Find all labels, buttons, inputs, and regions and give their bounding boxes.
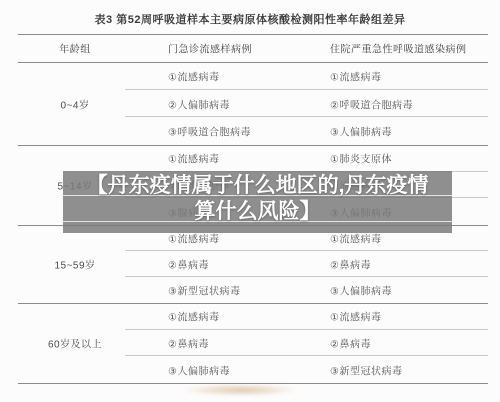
pathogen-cell: ②鼻病毒 — [168, 257, 209, 272]
age-group-label: 15~59岁 — [30, 257, 120, 272]
watermark-text-line1: 【丹东疫情属于什么地区的,丹东疫情 — [87, 173, 429, 199]
table-row: ①流感病毒 ①流感病毒 — [0, 62, 500, 90]
watermark-text-line2: 算什么风险】 — [195, 199, 321, 225]
pathogen-cell: ①流感病毒 — [168, 309, 219, 324]
pathogen-cell: ①流感病毒 — [330, 68, 381, 83]
watermark-overlay: 【丹东疫情属于什么地区的,丹东疫情 算什么风险】 — [63, 171, 452, 233]
header-outpatient-ili: 门急诊流感样病例 — [168, 41, 252, 56]
pathogen-cell: ②呼吸道合胞病毒 — [330, 96, 413, 111]
pathogen-cell: ②鼻病毒 — [168, 336, 209, 351]
table-title: 表3 第52周呼吸道样本主要病原体核酸检测阳性率年龄组差异 — [0, 11, 500, 27]
header-age-group: 年龄组 — [30, 41, 120, 56]
pathogen-cell: ②人偏肺病毒 — [168, 96, 230, 111]
pathogen-cell: ②鼻病毒 — [330, 336, 371, 351]
age-section-0-4: 0~4岁 ①流感病毒 ①流感病毒 ②人偏肺病毒 ②呼吸道合胞病毒 ③呼吸道合胞病… — [0, 62, 500, 145]
pathogen-cell: ③新型冠状病毒 — [330, 362, 402, 377]
watermark-text: 【丹东疫情属于什么地区的,丹东疫情 算什么风险】 — [63, 171, 452, 233]
age-section-60-plus: 60岁及以上 ①流感病毒 ①流感病毒 ②鼻病毒 ②鼻病毒 ③人偏肺病毒 ③新型冠… — [0, 303, 500, 383]
pathogen-cell: ③人偏肺病毒 — [330, 124, 392, 139]
pathogen-cell: ①流感病毒 — [168, 151, 219, 166]
age-group-label: 0~4岁 — [30, 96, 120, 111]
pathogen-cell: ③人偏肺病毒 — [330, 283, 392, 298]
pathogen-cell: ①流感病毒 — [168, 68, 219, 83]
table-row: ①流感病毒 ①肺炎支原体 — [0, 145, 500, 172]
table-screenshot: 表3 第52周呼吸道样本主要病原体核酸检测阳性率年龄组差异 年龄组 门急诊流感样… — [0, 0, 500, 402]
age-section-15-59: 15~59岁 ①流感病毒 ①流感病毒 ②鼻病毒 ②鼻病毒 ③新型冠状病毒 ③人偏… — [0, 225, 500, 303]
table-row: ③呼吸道合胞病毒 ③人偏肺病毒 — [0, 117, 500, 145]
pathogen-cell: ③新型冠状病毒 — [168, 283, 240, 298]
table-row: ③新型冠状病毒 ③人偏肺病毒 — [0, 277, 500, 303]
pathogen-cell: ①肺炎支原体 — [330, 151, 392, 166]
bottom-smudge-artifact — [183, 384, 298, 396]
pathogen-cell: ③呼吸道合胞病毒 — [168, 124, 251, 139]
header-inpatient-sari: 住院严重急性呼吸道感染病例 — [330, 41, 467, 56]
table-row: ③人偏肺病毒 ③新型冠状病毒 — [0, 356, 500, 383]
table-row: ①流感病毒 ①流感病毒 — [0, 303, 500, 330]
age-group-label: 60岁及以上 — [30, 336, 120, 351]
pathogen-cell: ③人偏肺病毒 — [168, 362, 230, 377]
pathogen-cell: ①流感病毒 — [330, 309, 381, 324]
table-header-row: 年龄组 门急诊流感样病例 住院严重急性呼吸道感染病例 — [0, 34, 500, 62]
pathogen-cell: ②鼻病毒 — [330, 257, 371, 272]
